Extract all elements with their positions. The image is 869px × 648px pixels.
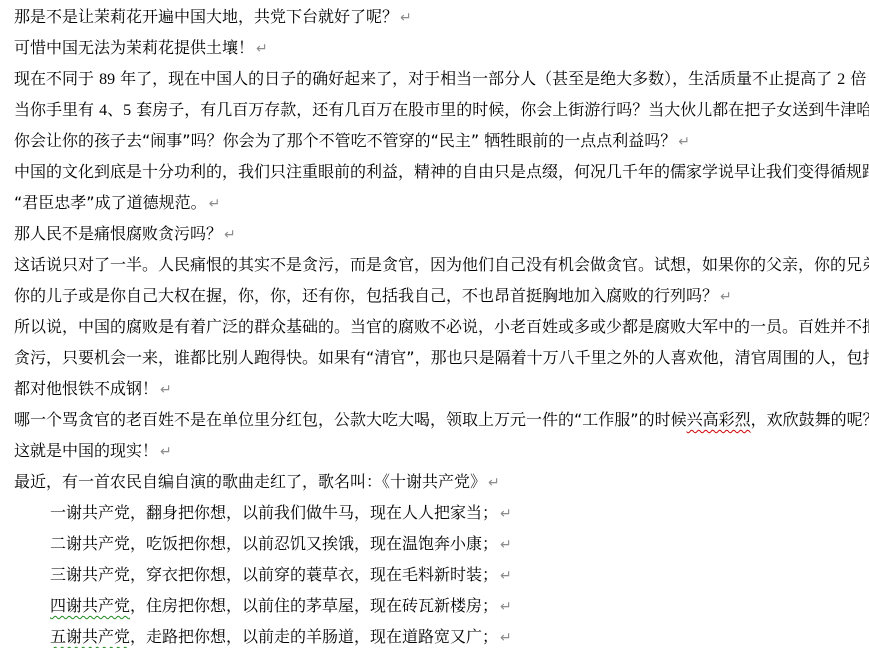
- text-line: 五谢共产党，走路把你想，以前走的羊肠道，现在道路宽又广；↵: [14, 621, 869, 648]
- pilcrow-mark: ↵: [486, 475, 500, 491]
- pilcrow-mark: ↵: [718, 289, 732, 305]
- pilcrow-mark: ↵: [498, 599, 512, 615]
- text-segment: 三谢共产党，穿衣把你想，以前穿的蓑草衣，现在毛料新时装；: [50, 565, 498, 584]
- text-line: 贪污，只要机会一来，谁都比别人跑得快。如果有“清官”，那也只是隔着十万八千里之外…: [14, 342, 869, 373]
- text-segment: ，走路把你想，以前走的羊肠道，现在道路宽又广；: [130, 627, 498, 646]
- text-segment: ，住房把你想，以前住的茅草屋，现在砖瓦新楼房；: [130, 596, 498, 615]
- text-line: 你的儿子或是你自己大权在握，你，你，还有你，包括我自己，不也昂首挺胸地加入腐败的…: [14, 280, 869, 311]
- text-segment: 哪一个骂贪官的老百姓不是在单位里分红包，公款大吃大喝，领取上万元一件的“工作服”…: [14, 410, 687, 429]
- document-body: 那是不是让茉莉花开遍中国大地，共党下台就好了呢？↵可惜中国无法为茉莉花提供土壤！…: [14, 1, 869, 648]
- pilcrow-mark: ↵: [498, 506, 512, 522]
- pilcrow-mark: ↵: [498, 630, 512, 646]
- pilcrow-mark: ↵: [498, 537, 512, 553]
- text-line: 可惜中国无法为茉莉花提供土壤！↵: [14, 32, 869, 63]
- text-line: 最近，有一首农民自编自演的歌曲走红了，歌名叫：《十谢共产党》↵: [14, 466, 869, 497]
- text-segment: 89: [99, 71, 115, 88]
- grammar-error-text: 五谢共产党: [50, 627, 130, 646]
- text-line: 现在不同于 89 年了，现在中国人的日子的确好起来了，对于相当一部分人（甚至是绝…: [14, 63, 869, 94]
- text-segment: 年了，现在中国人的日子的确好起来了，对于相当一部分人（甚至是绝大多数），生活质量…: [115, 69, 837, 88]
- pilcrow-mark: ↵: [398, 10, 412, 26]
- pilcrow-mark: ↵: [158, 444, 172, 460]
- text-segment: 这话说只对了一半。人民痛恨的其实不是贪污，而是贪官，因为他们自己没有机会做贪官。…: [14, 255, 869, 274]
- text-segment: ，欢欣鼓舞的呢？！: [751, 410, 869, 429]
- grammar-error-text: 四谢共产党: [50, 596, 130, 615]
- text-line: 三谢共产党，穿衣把你想，以前穿的蓑草衣，现在毛料新时装；↵: [14, 559, 869, 590]
- text-line: 这就是中国的现实！↵: [14, 435, 869, 466]
- pilcrow-mark: ↵: [222, 227, 236, 243]
- pilcrow-mark: ↵: [676, 134, 690, 150]
- text-line: 你会让你的孩子去“闹事”吗？你会为了那个不管吃不管穿的“民主” 牺牲眼前的一点点…: [14, 125, 869, 156]
- text-segment: 现在不同于: [14, 69, 99, 88]
- text-line: “君臣忠孝”成了道德规范。↵: [14, 187, 869, 218]
- text-segment: 中国的文化到底是十分功利的，我们只注重眼前的利益，精神的自由只是点缀，何况几千年…: [14, 162, 869, 181]
- text-line: 哪一个骂贪官的老百姓不是在单位里分红包，公款大吃大喝，领取上万元一件的“工作服”…: [14, 404, 869, 435]
- text-segment: 当你手里有: [14, 100, 99, 119]
- text-segment: 那是不是让茉莉花开遍中国大地，共党下台就好了呢？: [14, 7, 398, 26]
- spell-error-text: 兴高彩烈: [687, 410, 751, 429]
- text-segment: 最近，有一首农民自编自演的歌曲走红了，歌名叫：《十谢共产党》: [14, 472, 486, 491]
- text-segment: “君臣忠孝”成了道德规范。: [14, 193, 207, 212]
- text-line: 二谢共产党，吃饭把你想，以前忍饥又挨饿，现在温饱奔小康；↵: [14, 528, 869, 559]
- text-segment: 你的儿子或是你自己大权在握，你，你，还有你，包括我自己，不也昂首挺胸地加入腐败的…: [14, 286, 718, 305]
- text-line: 那是不是让茉莉花开遍中国大地，共党下台就好了呢？↵: [14, 1, 869, 32]
- text-line: 都对他恨铁不成钢！↵: [14, 373, 869, 404]
- text-line: 四谢共产党，住房把你想，以前住的茅草屋，现在砖瓦新楼房；↵: [14, 590, 869, 621]
- text-segment: 4: [99, 102, 107, 119]
- text-segment: 那人民不是痛恨腐败贪污吗？: [14, 224, 222, 243]
- pilcrow-mark: ↵: [254, 41, 268, 57]
- text-segment: 套房子，有几百万存款，还有几百万在股市里的时候，你会上街游行吗？当大伙儿都在把子…: [131, 100, 869, 119]
- text-segment: 所以说，中国的腐败是有着广泛的群众基础的。当官的腐败不必说，小老百姓或多或少都是…: [14, 317, 869, 336]
- text-line: 所以说，中国的腐败是有着广泛的群众基础的。当官的腐败不必说，小老百姓或多或少都是…: [14, 311, 869, 342]
- text-segment: 都对他恨铁不成钢！: [14, 379, 158, 398]
- text-segment: 你会让你的孩子去“闹事”吗？你会为了那个不管吃不管穿的“民主” 牺牲眼前的一点点…: [14, 131, 676, 150]
- text-line: 一谢共产党，翻身把你想，以前我们做牛马，现在人人把家当；↵: [14, 497, 869, 528]
- pilcrow-mark: ↵: [498, 568, 512, 584]
- text-line: 这话说只对了一半。人民痛恨的其实不是贪污，而是贪官，因为他们自己没有机会做贪官。…: [14, 249, 869, 280]
- text-segment: 、: [107, 100, 123, 119]
- document-page: 那是不是让茉莉花开遍中国大地，共党下台就好了呢？↵可惜中国无法为茉莉花提供土壤！…: [0, 0, 869, 648]
- text-line: 中国的文化到底是十分功利的，我们只注重眼前的利益，精神的自由只是点缀，何况几千年…: [14, 156, 869, 187]
- text-line: 那人民不是痛恨腐败贪污吗？↵: [14, 218, 869, 249]
- text-segment: 倍: [845, 69, 869, 88]
- text-segment: 二谢共产党，吃饭把你想，以前忍饥又挨饿，现在温饱奔小康；: [50, 534, 498, 553]
- text-segment: 这就是中国的现实！: [14, 441, 158, 460]
- text-segment: 5: [123, 102, 131, 119]
- text-line: 当你手里有 4、5 套房子，有几百万存款，还有几百万在股市里的时候，你会上街游行…: [14, 94, 869, 125]
- text-segment: 一谢共产党，翻身把你想，以前我们做牛马，现在人人把家当；: [50, 503, 498, 522]
- text-segment: 可惜中国无法为茉莉花提供土壤！: [14, 38, 254, 57]
- pilcrow-mark: ↵: [158, 382, 172, 398]
- text-segment: 贪污，只要机会一来，谁都比别人跑得快。如果有“清官”，那也只是隔着十万八千里之外…: [14, 348, 869, 367]
- pilcrow-mark: ↵: [207, 196, 221, 212]
